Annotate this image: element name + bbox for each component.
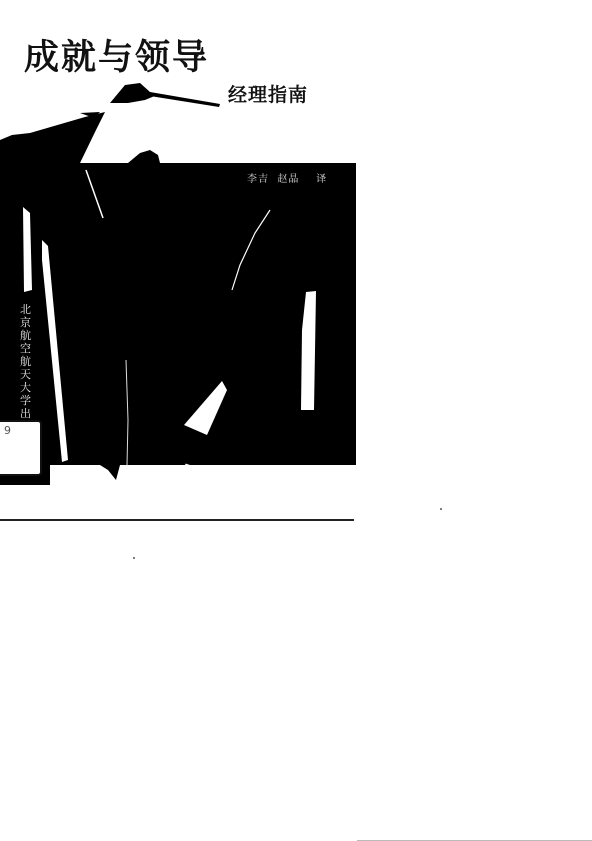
book-title: 成就与领导: [24, 30, 209, 80]
cover-illustration: [0, 0, 592, 841]
scan-speck: [440, 508, 442, 510]
library-label-text: 9: [4, 424, 11, 437]
scan-speck: [133, 557, 135, 559]
publisher-name: 北京航空航天大学出版: [20, 303, 34, 433]
translators-credit: 李吉 赵晶 译: [247, 170, 327, 185]
book-subtitle: 经理指南: [228, 80, 308, 107]
divider-line: [0, 519, 354, 521]
